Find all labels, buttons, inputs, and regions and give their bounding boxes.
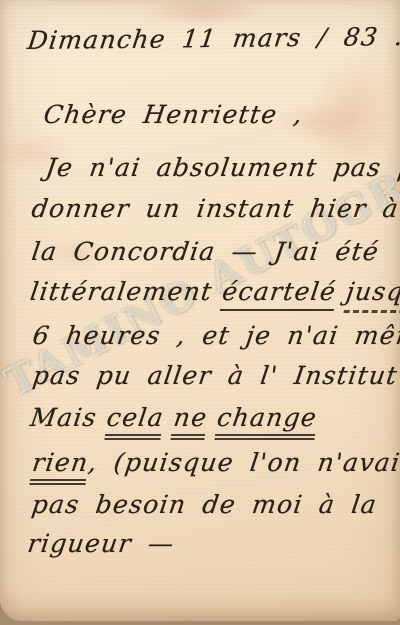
word: Mais bbox=[29, 403, 100, 432]
letter-greeting: Chère Henriette , bbox=[42, 100, 305, 129]
letter-body-line: rien, (puisque l'on n'avait bbox=[29, 448, 400, 485]
double-underlined-word: cela bbox=[104, 403, 166, 440]
letter-date-line: Dimanche 11 mars / 83 . bbox=[26, 22, 400, 55]
letter-body-line: la Concordia — J'ai été bbox=[30, 237, 381, 266]
letter-body-line: donner un instant hier à bbox=[30, 194, 400, 223]
letter-body-line: Je n'ai absolument pas pu bbox=[44, 153, 400, 182]
letter-body-line: pas besoin de moi à la bbox=[30, 490, 379, 519]
letter-body-line: 6 heures , et je n'ai même bbox=[31, 321, 400, 350]
double-underlined-word: change bbox=[214, 403, 319, 440]
letter-paper: TAMINO AUTOGRAPHS Dimanche 11 mars / 83 … bbox=[0, 0, 400, 621]
letter-body-line: rigueur — bbox=[26, 529, 177, 558]
word: , (puisque l'on n'avait bbox=[87, 448, 400, 477]
ink-bleed-mark bbox=[138, 0, 268, 26]
underlined-word: écartelé bbox=[220, 277, 338, 311]
letter-body-line: pas pu aller à l' Institut . bbox=[31, 361, 400, 390]
word: littéralement bbox=[28, 277, 214, 306]
double-underlined-word: ne bbox=[171, 403, 210, 440]
double-underlined-word: rien bbox=[29, 448, 90, 485]
dash-underlined-word: jusqu'à bbox=[343, 277, 400, 313]
letter-body-line: littéralementécarteléjusqu'à bbox=[27, 277, 400, 313]
letter-body-line: Maiscelanechange bbox=[27, 403, 319, 440]
